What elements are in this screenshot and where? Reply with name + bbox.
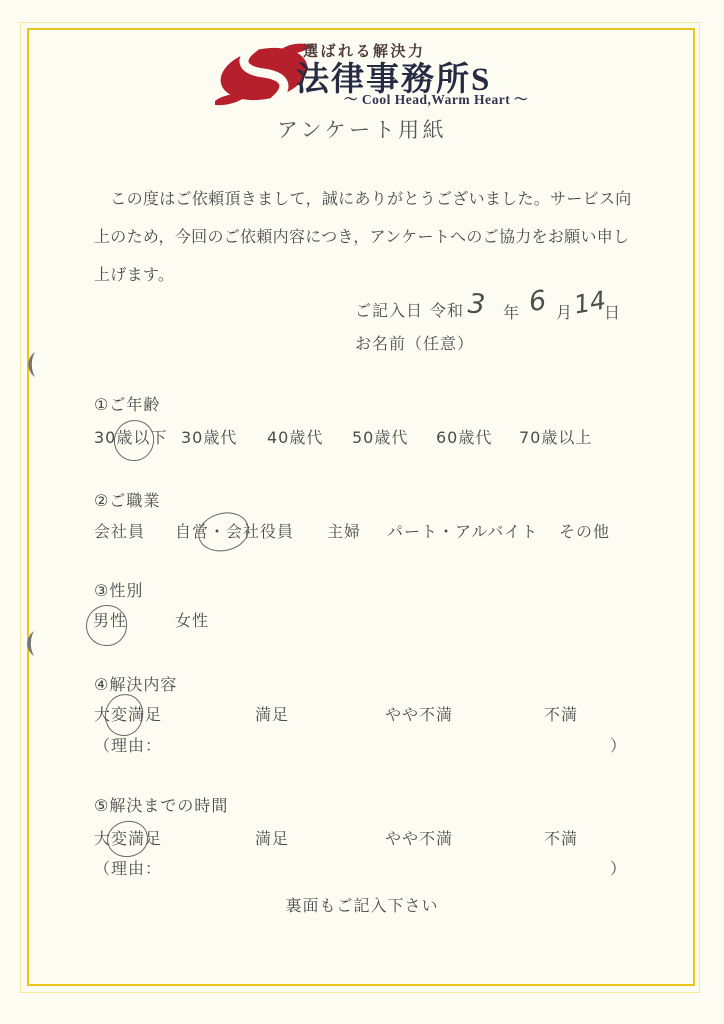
option-age-50s: 50歳代: [352, 430, 408, 446]
handwritten-year: 3: [467, 290, 486, 318]
intro-line-1: この度はご依頼頂きまして，誠にありがとうございました。サービス向: [94, 180, 632, 218]
intro-paragraph: この度はご依頼頂きまして，誠にありがとうございました。サービス向 上のため，今回…: [94, 180, 632, 294]
handwritten-circle-occupation: [195, 508, 253, 556]
handwritten-circle-time: [105, 819, 150, 860]
option-satisfied-q5: 満足: [255, 831, 289, 847]
intro-line-3: 上げます。: [94, 256, 632, 294]
firm-motto: ～ Cool Head,Warm Heart ～: [344, 88, 528, 108]
scanned-survey-page: 選ばれる解決力 法律事務所S ～ Cool Head,Warm Heart ～ …: [0, 0, 724, 1024]
year-unit: 年: [503, 305, 520, 321]
question-occupation-label: ②ご職業: [94, 493, 160, 509]
handwritten-circle-gender: [85, 604, 129, 648]
option-dissatisfied-q5: 不満: [544, 831, 578, 847]
binder-shadow-icon: [23, 351, 39, 378]
option-part-time: パート・アルバイト: [387, 524, 538, 540]
option-other: その他: [559, 524, 610, 540]
day-unit: 日: [604, 305, 621, 321]
reason-close-q5: ）: [610, 861, 627, 877]
question-age-label: ①ご年齢: [94, 397, 160, 413]
handwritten-circle-resolution: [103, 692, 146, 738]
option-age-over70: 70歳以上: [519, 430, 592, 446]
option-somewhat-dissatisfied-q5: やや不満: [385, 831, 453, 847]
question-time-label: ⑤解決までの時間: [94, 798, 228, 814]
option-satisfied-q4: 満足: [255, 707, 289, 723]
question-gender-label: ③性別: [94, 583, 143, 599]
option-dissatisfied-q4: 不満: [544, 707, 578, 723]
intro-line-2: 上のため，今回のご依頼内容につき，アンケートへのご協力をお願い申し: [94, 218, 632, 256]
handwritten-circle-age: [111, 417, 157, 464]
document-title: アンケート用紙: [0, 114, 724, 144]
date-label: ご記入日: [355, 303, 423, 319]
handwritten-month: 6: [527, 287, 548, 316]
option-age-40s: 40歳代: [267, 430, 323, 446]
reason-open-q4: （理由：: [94, 738, 162, 754]
reason-close-q4: ）: [610, 738, 627, 754]
option-company-employee: 会社員: [94, 524, 145, 540]
option-age-60s: 60歳代: [436, 430, 492, 446]
reason-open-q5: （理由：: [94, 861, 162, 877]
binder-shadow-icon: [22, 630, 38, 657]
question-resolution-label: ④解決内容: [94, 677, 177, 693]
option-age-30s: 30歳代: [181, 430, 237, 446]
month-unit: 月: [556, 305, 573, 321]
name-line: お名前（任意）: [355, 336, 474, 352]
handwritten-day: 14: [572, 287, 608, 317]
footer-note: 裏面もご記入下さい: [0, 893, 724, 916]
option-somewhat-dissatisfied-q4: やや不満: [385, 707, 453, 723]
option-female: 女性: [175, 613, 209, 629]
era-label: 令和: [430, 303, 464, 319]
option-housewife: 主婦: [327, 524, 361, 540]
